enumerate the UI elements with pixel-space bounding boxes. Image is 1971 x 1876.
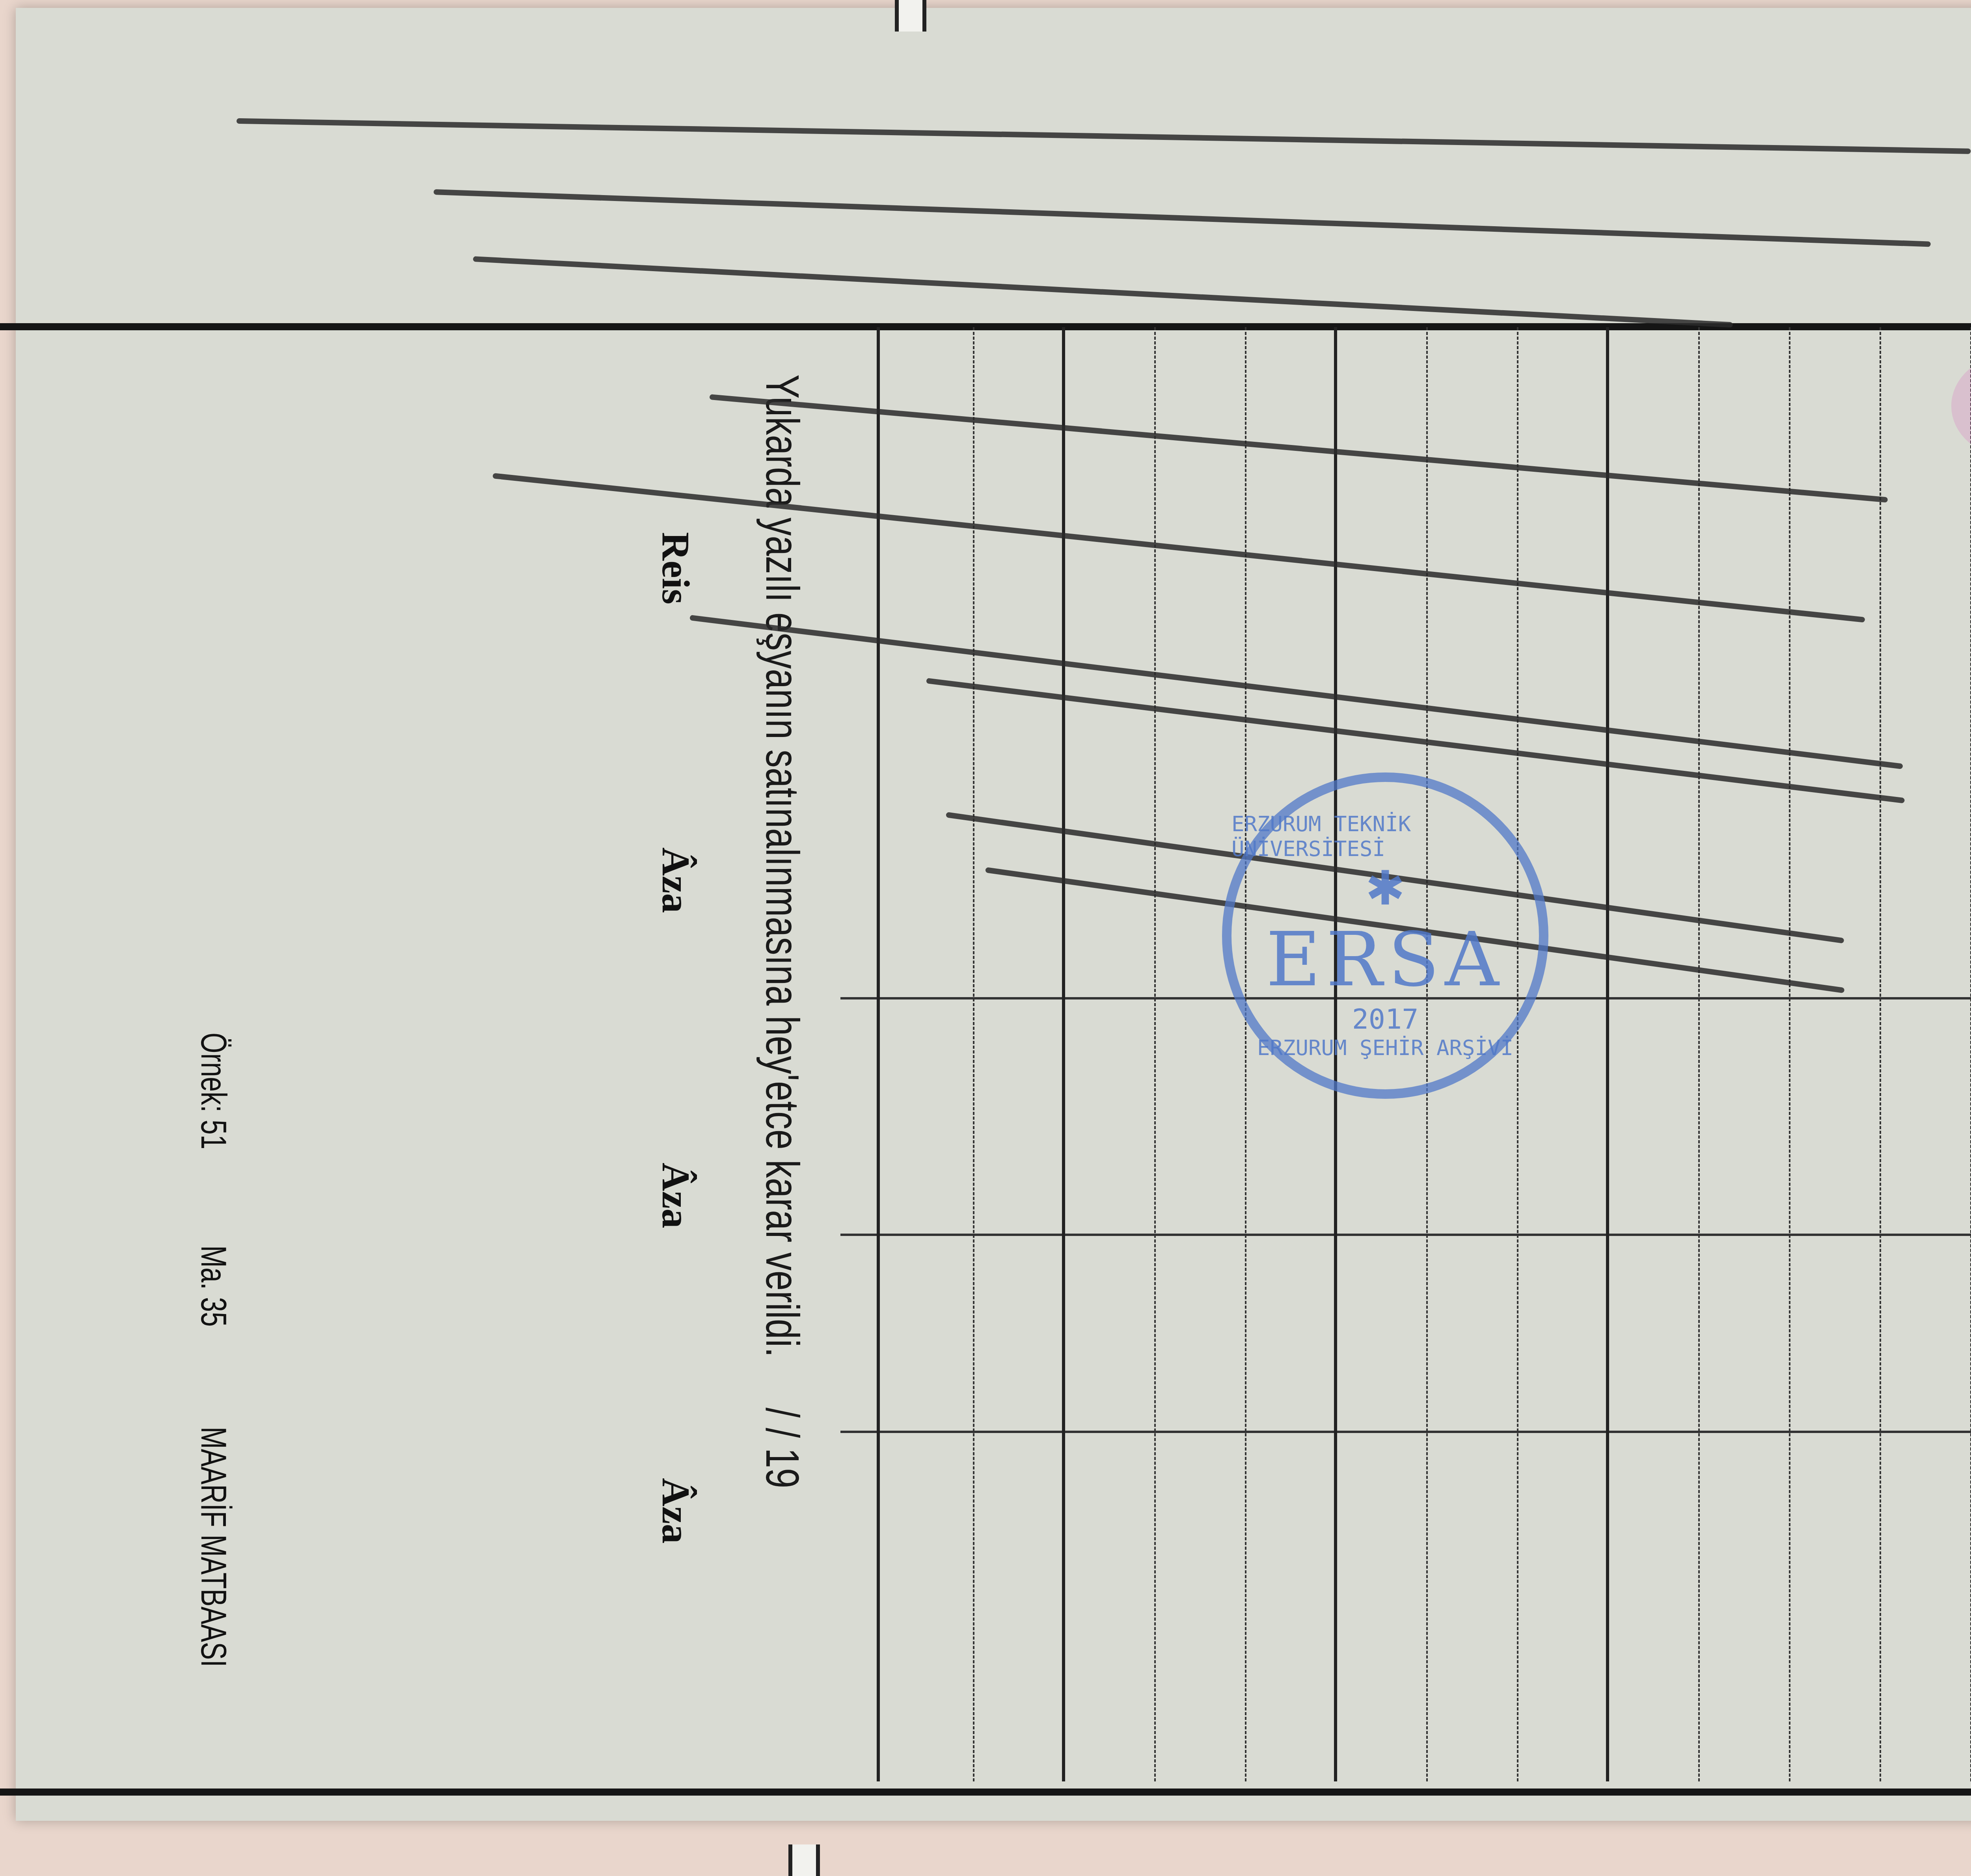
decision-text: Yukarda yazılı eşyanın satınalınmasına h… — [755, 374, 809, 1727]
row-line — [1698, 327, 1700, 1781]
form-rotated: Lüzum Müzekkeresi Aşağıda yazılı .......… — [0, 0, 1971, 1876]
signature-reis: Reis — [653, 532, 699, 604]
decision-sentence: Yukarda yazılı eşyanın satınalınmasına h… — [756, 374, 808, 1357]
col-divider — [840, 1431, 1971, 1433]
row-line — [1517, 327, 1518, 1781]
stamp-bottom-text: ERZURUM ŞEHİR ARŞİVİ — [1257, 1035, 1513, 1060]
signature-aza-2: Âza — [653, 1163, 699, 1228]
row-line — [1245, 327, 1246, 1781]
row-line — [1880, 327, 1881, 1781]
row-line — [973, 327, 974, 1781]
stamp-year: 2017 — [1352, 1003, 1419, 1035]
footer-printer: MAARİF MATBAASI — [193, 1427, 233, 1667]
row-line — [1606, 327, 1609, 1781]
row-line — [1789, 327, 1790, 1781]
col-divider — [840, 1234, 1971, 1236]
star-emblem-icon: ✱ — [1366, 861, 1405, 916]
footer-code: Ma. 35 — [193, 1245, 233, 1327]
signature-aza-3: Âza — [653, 1478, 699, 1544]
row-line — [1062, 327, 1065, 1781]
stamp-top-text: ERZURUM TEKNİK ÜNİVERSİTESİ — [1231, 811, 1539, 861]
signature-aza-1: Âza — [653, 847, 699, 913]
decision-date: / / 19 — [756, 1408, 808, 1489]
archive-stamp: ERZURUM TEKNİK ÜNİVERSİTESİ ✱ ERSA 2017 … — [1222, 772, 1548, 1099]
row-line — [877, 327, 880, 1781]
stamp-center-text: ERSA — [1266, 916, 1504, 1003]
footer-form-no: Örnek: 51 — [193, 1033, 233, 1149]
